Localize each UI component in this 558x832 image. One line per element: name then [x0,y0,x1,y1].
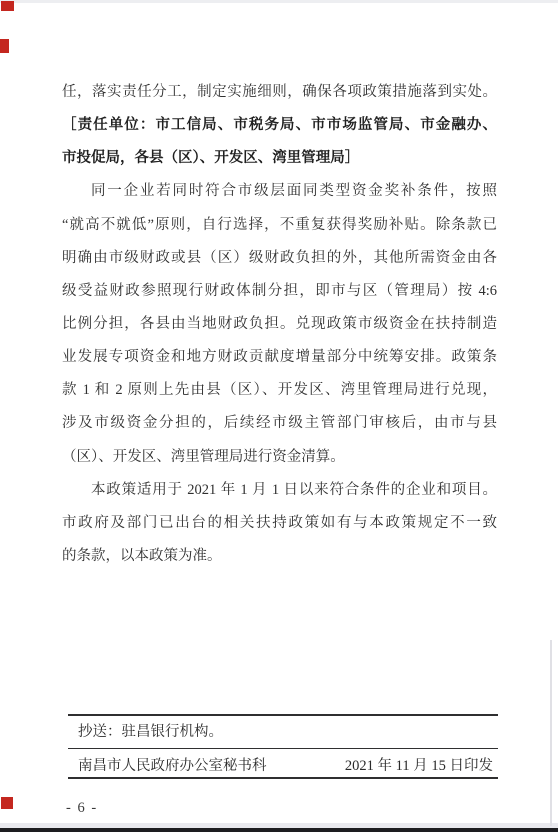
body-line: 明确由市级财政或县（区）级财政负担的外，其他所需资金由各 [62,242,497,275]
body-line: “就高不就低”原则，自行选择，不重复获得奖励补贴。除条款已 [62,209,497,242]
footer-rule-middle [68,748,498,750]
issuing-office: 南昌市人民政府办公室秘书科 [78,756,267,776]
body-line: 业发展专项资金和地方财政贡献度增量部分中统筹安排。政策条 [62,341,497,374]
body-line: 涉及市级资金分担的，后续经市级主管部门审核后，由市与县 [62,407,497,440]
footer-rule-bottom [68,777,498,779]
red-scan-mark-upper [0,39,9,53]
scan-edge-top-band [0,0,558,3]
body-line: 款 1 和 2 原则上先由县（区）、开发区、湾里管理局进行兑现， [62,374,497,407]
footer-rule-top [68,714,498,716]
body-line: 的条款，以本政策为准。 [62,540,497,573]
print-date: 2021 年 11 月 15 日印发 [345,756,493,776]
page-number: - 6 - [66,799,98,817]
body-line: 市投促局，各县（区）、开发区、湾里管理局］ [62,142,497,175]
body-line: 市政府及部门已出台的相关扶持政策如有与本政策规定不一致 [62,507,497,540]
document-page: 任，落实责任分工，制定实施细则，确保各项政策措施落到实处。［责任单位：市工信局、… [0,0,558,832]
red-scan-mark-bottom [1,797,13,809]
document-body: 任，落实责任分工，制定实施细则，确保各项政策措施落到实处。［责任单位：市工信局、… [62,76,497,573]
scan-edge-right-line [550,640,552,826]
body-line: 同一企业若同时符合市级层面同类型资金奖补条件，按照 [62,175,497,208]
red-scan-mark-top [1,1,14,11]
issuer-row: 南昌市人民政府办公室秘书科 2021 年 11 月 15 日印发 [78,756,493,776]
cc-line: 抄送：驻昌银行机构。 [78,722,223,742]
body-line: 任，落实责任分工，制定实施细则，确保各项政策措施落到实处。 [62,76,497,109]
scan-edge-bottom-dark [0,828,558,832]
body-line: 比例分担，各县由当地财政负担。兑现政策市级资金在扶持制造 [62,308,497,341]
body-line: （区）、开发区、湾里管理局进行资金清算。 [62,441,497,474]
body-line: ［责任单位：市工信局、市税务局、市市场监管局、市金融办、 [62,109,497,142]
body-line: 本政策适用于 2021 年 1 月 1 日以来符合条件的企业和项目。 [62,474,497,507]
body-line: 级受益财政参照现行财政体制分担，即市与区（管理局）按 4:6 [62,275,497,308]
